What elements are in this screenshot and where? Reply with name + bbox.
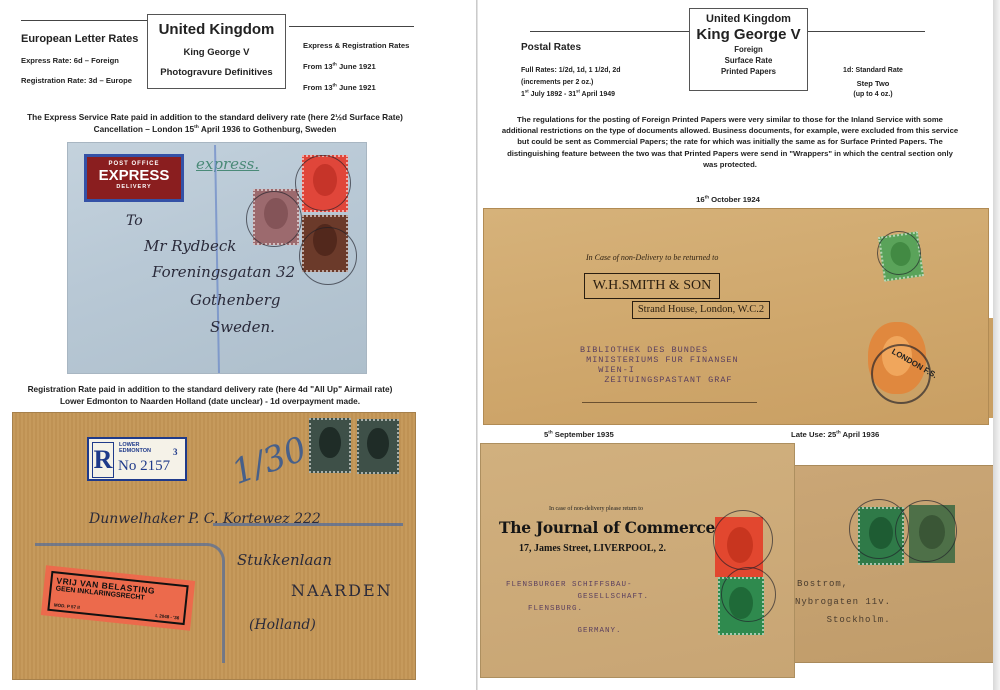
address-line: Stukkenlaan — [237, 551, 332, 569]
page-title-box: United Kingdom King George V Photogravur… — [147, 14, 286, 89]
rate-period: 1st July 1892 - 31st April 1949 — [521, 91, 615, 98]
page-title-box: United Kingdom King George V Foreign Sur… — [689, 8, 808, 91]
return-instruction: In Case of non-Delivery to be returned t… — [586, 253, 718, 262]
item2-date: 5th September 1935 — [544, 430, 614, 439]
address-line: NAARDEN — [291, 581, 393, 600]
address-line: Foreningsgatan 32 — [152, 263, 295, 281]
express-cover[interactable]: POST OFFICE EXPRESS DELIVERY express. To… — [67, 142, 367, 374]
address-line: Nybrogaten 11v. — [795, 597, 891, 607]
postmark — [713, 510, 773, 570]
registration-label: R LOWER EDMONTON 3 No 2157 — [87, 437, 187, 481]
postmark — [895, 500, 957, 562]
address-line: BIBLIOTHEK DES BUNDES — [580, 345, 708, 355]
title-line3: Foreign — [690, 45, 807, 54]
rates-heading: European Letter Rates — [21, 33, 138, 45]
address-line: GERMANY. — [506, 627, 622, 635]
album-page-right: United Kingdom King George V Foreign Sur… — [478, 0, 1000, 690]
address-line: Gothenberg — [190, 291, 281, 309]
express-annotation: express. — [196, 155, 259, 173]
stockholm-wrapper[interactable]: Bostrom, Nybrogaten 11v. Stockholm. — [790, 465, 994, 663]
strike-through — [213, 523, 403, 526]
address-line: MINISTERIUMS FUR FINANSEN — [580, 355, 739, 365]
item2-caption-line2: Lower Edmonton to Naarden Holland (date … — [0, 396, 420, 406]
address-line: FLENSBURGER SCHIFFSBAU- — [506, 581, 633, 589]
rate-step: Step Two — [808, 79, 938, 88]
title-country: United Kingdom — [690, 13, 807, 25]
express-rate: Express Rate: 6d – Foreign — [21, 56, 119, 65]
address-line: To — [126, 213, 143, 229]
item2-caption-line1: Registration Rate paid in addition to th… — [0, 384, 420, 394]
postmark — [877, 231, 921, 275]
header-rule-right — [289, 26, 414, 27]
address-line: Bostrom, — [797, 579, 848, 589]
description-paragraph: The regulations for the posting of Forei… — [500, 114, 960, 170]
album-page-left: United Kingdom King George V Photogravur… — [0, 0, 478, 690]
sender-name: W.H.SMITH & SON — [584, 273, 720, 299]
registration-rate: Registration Rate: 3d – Europe — [21, 76, 132, 85]
address-line: Stockholm. — [801, 615, 891, 625]
sender-address: 17, James Street, LIVERPOOL, 2. — [519, 543, 666, 554]
address-line: WIEN-I — [580, 365, 635, 375]
postmark — [299, 227, 357, 285]
item1-caption-line2: Cancellation – London 15th April 1936 to… — [0, 124, 430, 134]
express-delivery-label: POST OFFICE EXPRESS DELIVERY — [84, 154, 184, 202]
title-country: United Kingdom — [148, 21, 285, 38]
blue-crayon-line — [214, 145, 220, 373]
underline — [582, 402, 757, 403]
pencil-annotation: 1/30 — [226, 429, 311, 493]
postmark — [246, 191, 302, 247]
header-rule-left — [21, 20, 149, 21]
address-line: FLENSBURG. — [506, 605, 583, 613]
registration-from-date: From 13th June 1921 — [303, 83, 376, 92]
title-line5: Printed Papers — [690, 67, 807, 76]
wh-smith-wrapper[interactable]: In Case of non-Delivery to be returned t… — [483, 208, 989, 425]
address-line: Mr Rydbeck — [144, 237, 236, 255]
header-rule-right — [808, 31, 925, 32]
rate-weight: (up to 4 oz.) — [808, 91, 938, 98]
header-rule-left — [530, 31, 690, 32]
title-series: Photogravure Definitives — [148, 67, 285, 78]
full-rates: Full Rates: 1/2d, 1d, 1 1/2d, 2d — [521, 67, 621, 74]
stamp-2d — [357, 419, 399, 474]
address-line: ZEITUINGSPASTANT GRAF — [580, 375, 733, 385]
title-reign: King George V — [690, 26, 807, 43]
postmark — [721, 567, 776, 622]
title-reign: King George V — [148, 47, 285, 58]
item1-date: 16th October 1924 — [478, 195, 978, 204]
rate-increments: (increments per 2 oz.) — [521, 79, 593, 86]
standard-rate: 1d: Standard Rate — [808, 67, 938, 74]
item3-date: Late Use: 25th April 1936 — [791, 430, 879, 439]
stamp-2d — [309, 418, 351, 473]
page-edge — [993, 0, 1000, 690]
title-line4: Surface Rate — [690, 56, 807, 65]
postmark — [295, 155, 351, 211]
sender-name: The Journal of Commerce — [499, 518, 715, 537]
sender-address: Strand House, London, W.C.2 — [632, 301, 770, 319]
address-line: (Holland) — [249, 617, 316, 633]
postal-rates-heading: Postal Rates — [521, 42, 581, 53]
journal-of-commerce-wrapper[interactable]: In case of non-delivery please return to… — [480, 443, 795, 678]
rates-period-heading: Express & Registration Rates — [303, 41, 409, 50]
item1-caption-line1: The Express Service Rate paid in additio… — [0, 112, 430, 122]
express-from-date: From 13th June 1921 — [303, 62, 376, 71]
return-instruction: In case of non-delivery please return to — [481, 506, 711, 512]
address-line: GESELLSCHAFT. — [506, 593, 649, 601]
registered-cover[interactable]: R LOWER EDMONTON 3 No 2157 1/30 Dunwelha… — [12, 412, 416, 680]
address-line: Sweden. — [210, 318, 275, 336]
